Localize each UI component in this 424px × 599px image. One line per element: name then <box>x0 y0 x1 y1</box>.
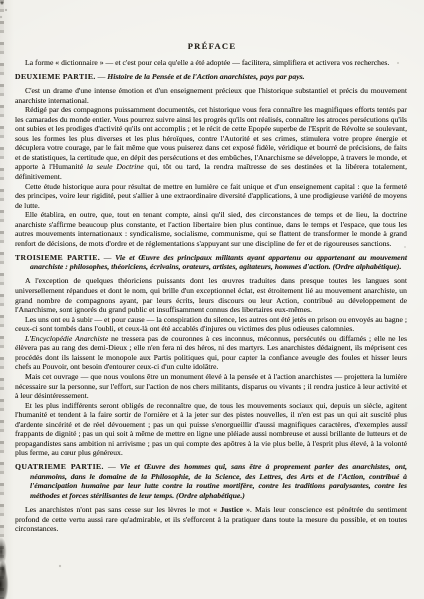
paragraph-dictionnaire: La forme « dictionnaire » — et c'est pou… <box>15 58 407 68</box>
paragraph-indifferents: Et les plus indifférents seront obligés … <box>15 401 407 458</box>
paragraph-exception: A l'exception de quelques théoriciens pu… <box>15 276 407 314</box>
text-segment: Mais cet ouvrage — que nous voulons être… <box>15 372 407 400</box>
section-label: TROISIEME PARTIE. <box>15 253 100 262</box>
section-label: DEUXIEME PARTIE. <box>15 72 96 81</box>
paragraph-etude-historique: Cette étude historique aura pour résulta… <box>15 182 407 211</box>
scanned-book-page: PRÉFACE La forme « dictionnaire » — et c… <box>0 0 424 599</box>
section-heading-quatrieme-partie: QUATRIEME PARTIE. — Vie et Œuvre des hom… <box>15 462 407 500</box>
text-segment: Et les plus indifférents seront obligés … <box>15 401 407 458</box>
page-title: PRÉFACE <box>0 0 424 51</box>
section-separator: — <box>104 462 120 471</box>
scan-specks-top-left <box>0 0 12 22</box>
text-segment: A l'exception de quelques théoriciens pu… <box>15 276 407 314</box>
text-segment-italic: L'Encyclopédie Anarchiste <box>25 334 108 343</box>
paragraph-encyclopedie: L'Encyclopédie Anarchiste ne tressera pa… <box>15 334 407 372</box>
section-heading-troisieme-partie: TROISIEME PARTIE. — Vie et Œuvre des pri… <box>15 253 407 272</box>
preface-body: La forme « dictionnaire » — et c'est pou… <box>15 58 407 534</box>
text-segment: Les uns ont eu à subir — et pour cause —… <box>15 315 407 334</box>
section-heading-deuxieme-partie: DEUXIEME PARTIE. — Histoire de la Pensée… <box>15 72 407 82</box>
paragraph-les-uns: Les uns ont eu à subir — et pour cause —… <box>15 315 407 334</box>
text-segment: C'est un drame d'une intense émotion et … <box>15 86 407 105</box>
text-segment: Les anarchistes n'ont pas sans cesse sur… <box>25 505 220 514</box>
paragraph-mais-cet-ouvrage: Mais cet ouvrage — que nous voulons être… <box>15 372 407 401</box>
paragraph-drame: C'est un drame d'une intense émotion et … <box>15 86 407 105</box>
section-separator: — <box>96 72 108 81</box>
text-segment: Elle établira, en outre, que, tout en te… <box>15 210 407 248</box>
text-segment-bold: Justice <box>220 505 243 514</box>
text-segment-italic: la seule Doctrine <box>87 162 144 171</box>
text-segment: La forme « dictionnaire » — et c'est pou… <box>25 58 389 67</box>
section-description: Histoire de la Pensée et de l'Action ana… <box>107 72 304 81</box>
section-label: QUATRIEME PARTIE. <box>15 462 104 471</box>
section-separator: — <box>100 253 115 262</box>
paragraph-justice: Les anarchistes n'ont pas sans cesse sur… <box>15 505 407 534</box>
text-segment: Cette étude historique aura pour résulta… <box>15 182 407 210</box>
paragraph-historique: Rédigé par des compagnons puissamment do… <box>15 105 407 181</box>
paragraph-elle-etablira: Elle établira, en outre, que, tout en te… <box>15 210 407 248</box>
scan-edge-artifact <box>0 0 4 599</box>
scan-blotch-bottom-left <box>0 533 18 599</box>
